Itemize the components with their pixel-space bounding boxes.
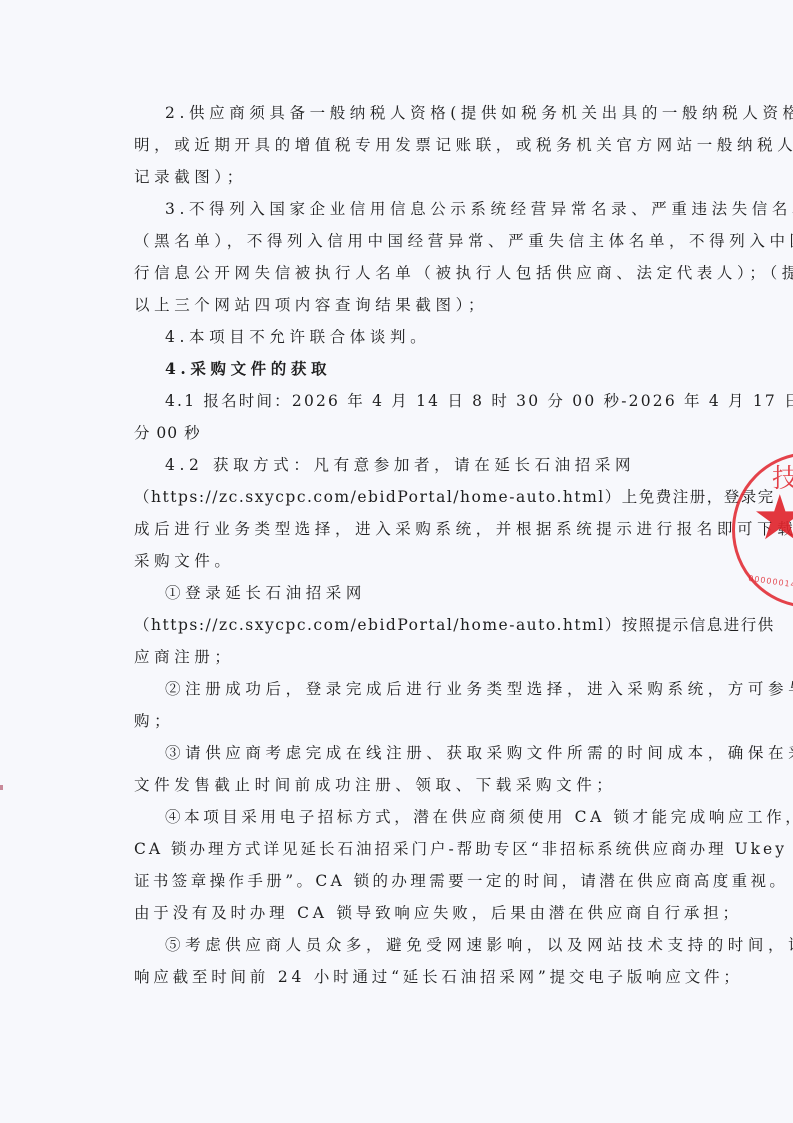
document-body: 2.供应商须具备一般纳税人资格(提供如税务机关出具的一般纳税人资格证 明，或近期…	[134, 97, 666, 993]
text-line: 以上三个网站四项内容查询结果截图）；	[134, 289, 666, 321]
text-line: 由于没有及时办理 CA 锁导致响应失败，后果由潜在供应商自行承担；	[134, 897, 666, 929]
text-line: 记录截图）；	[134, 161, 666, 193]
scan-edge-mark	[0, 785, 3, 790]
text-line: ⑤考虑供应商人员众多，避免受网速影响，以及网站技术支持的时间，请于	[134, 929, 666, 961]
text-line: 4.2 获取方式：凡有意参加者，请在延长石油招采网	[134, 449, 666, 481]
text-line: 证书签章操作手册”。CA 锁的办理需要一定的时间，请潜在供应商高度重视。	[134, 865, 666, 897]
text-line: 2.供应商须具备一般纳税人资格(提供如税务机关出具的一般纳税人资格证	[134, 97, 666, 129]
text-line: 购；	[134, 705, 666, 737]
text-line: ②注册成功后，登录完成后进行业务类型选择，进入采购系统，方可参与采	[134, 673, 666, 705]
text-line: ①登录延长石油招采网	[134, 577, 666, 609]
text-line: 4.本项目不允许联合体谈判。	[134, 321, 666, 353]
text-line: 分 00 秒	[134, 417, 666, 449]
text-line: 成后进行业务类型选择，进入采购系统，并根据系统提示进行报名即可下载电子	[134, 513, 666, 545]
text-line: 文件发售截止时间前成功注册、领取、下载采购文件；	[134, 769, 666, 801]
text-line: ③请供应商考虑完成在线注册、获取采购文件所需的时间成本，确保在采购	[134, 737, 666, 769]
text-line: 3.不得列入国家企业信用信息公示系统经营异常名录、严重违法失信名单	[134, 193, 666, 225]
star-icon: ★	[752, 487, 793, 549]
text-line: ④本项目采用电子招标方式，潜在供应商须使用 CA 锁才能完成响应工作，	[134, 801, 666, 833]
section-heading: 4.采购文件的获取	[134, 353, 666, 385]
text-line: 明，或近期开具的增值税专用发票记账联，或税务机关官方网站一般纳税人查询	[134, 129, 666, 161]
text-line: （黑名单），不得列入信用中国经营异常、严重失信主体名单，不得列入中国执	[134, 225, 666, 257]
text-line: CA 锁办理方式详见延长石油招采门户-帮助专区“非招标系统供应商办理 Ukey	[134, 833, 666, 865]
text-line: 采购文件。	[134, 545, 666, 577]
url-line: （https://zc.sxycpc.com/ebidPortal/home-a…	[134, 609, 666, 641]
text-line: 响应截至时间前 24 小时通过“延长石油招采网”提交电子版响应文件；	[134, 961, 666, 993]
text-line: 应商注册；	[134, 641, 666, 673]
text-line: 4.1 报名时间：2026 年 4 月 14 日 8 时 30 分 00 秒-2…	[134, 385, 666, 417]
url-line: （https://zc.sxycpc.com/ebidPortal/home-a…	[134, 481, 666, 513]
text-line: 行信息公开网失信被执行人名单（被执行人包括供应商、法定代表人）；（提供	[134, 257, 666, 289]
